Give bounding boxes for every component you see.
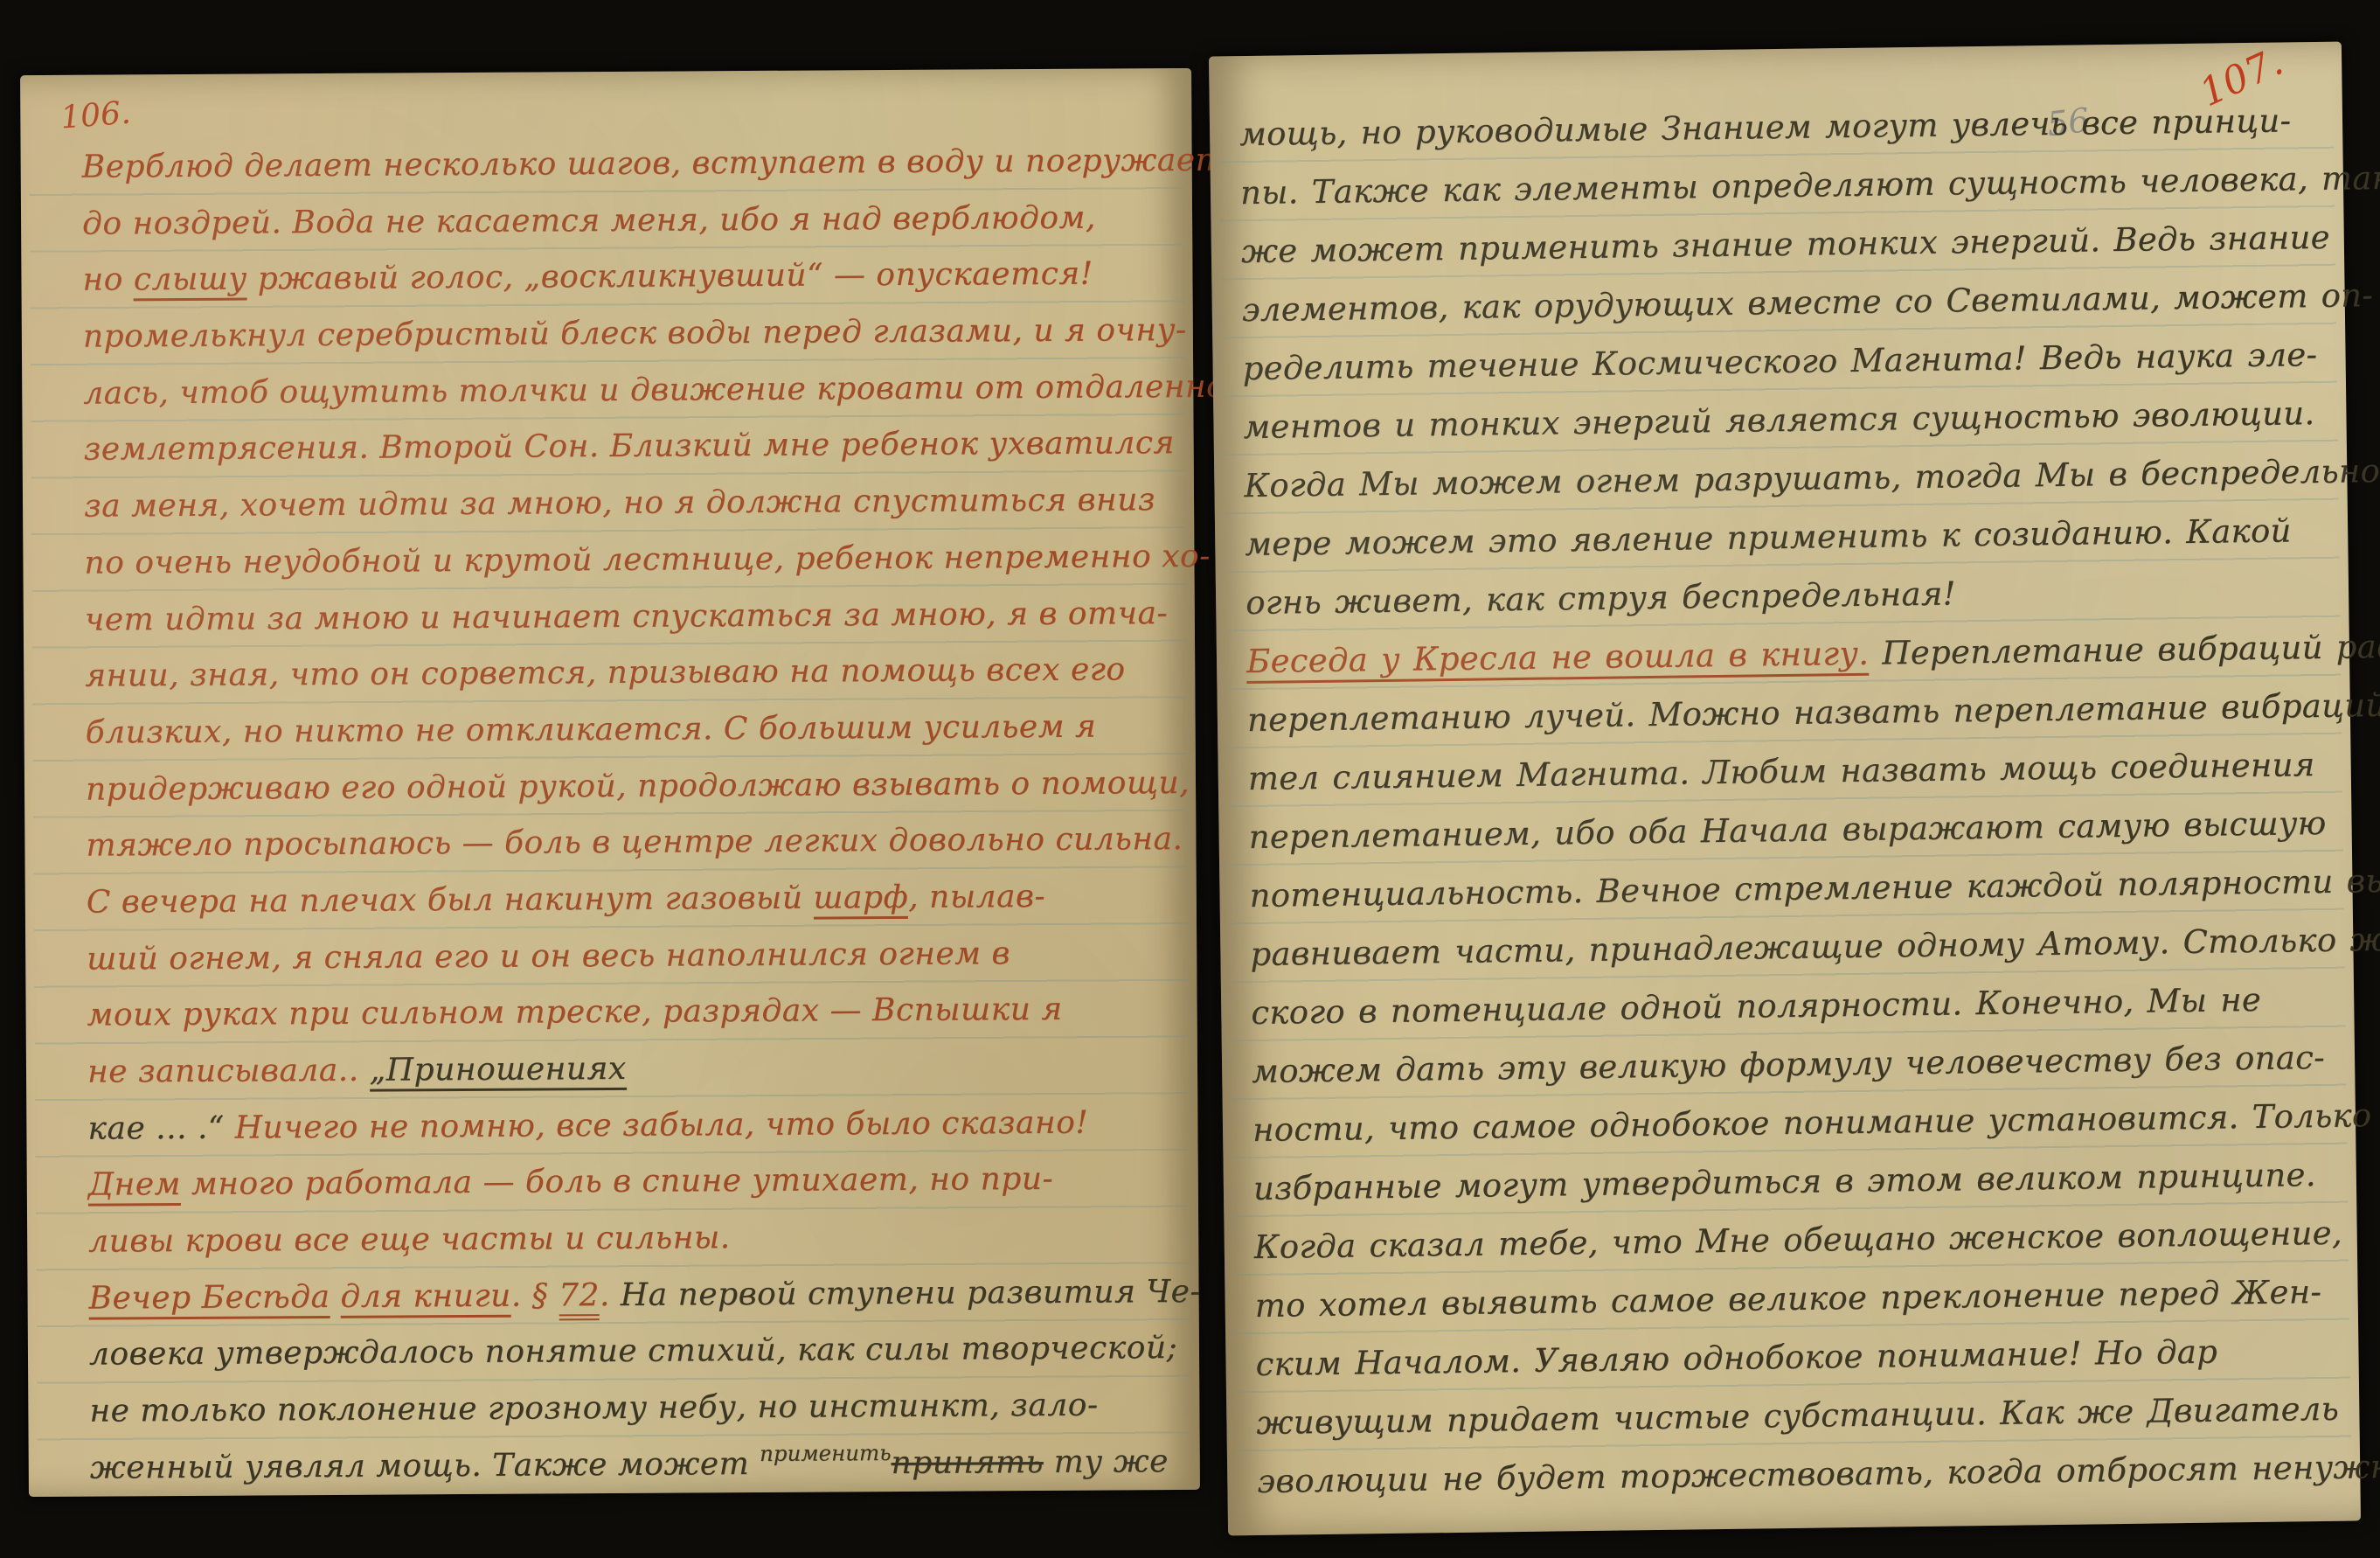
manuscript-line: женный уявлял мощь. Также может применит… <box>90 1434 1181 1497</box>
text-segment: же может применить знание тонких энергий… <box>1241 219 2330 270</box>
manuscript-line: тяжело просыпаюсь — боль в центре легких… <box>86 811 1176 874</box>
text-segment: тел слиянием Магнита. Любим назвать мощь… <box>1248 746 2315 797</box>
text-segment: принять <box>891 1444 1043 1481</box>
manuscript-line: лась, чтоб ощутить толчки и движение кро… <box>83 359 1174 422</box>
text-segment: не записывала.. <box>87 1053 370 1090</box>
manuscript-line: С вечера на плечах был накинут газовый ш… <box>87 868 1177 931</box>
page-number-left: 106. <box>59 95 132 136</box>
text-segment: за меня, хочет идти за мною, но я должна… <box>84 482 1155 524</box>
text-segment: применить <box>760 1440 892 1466</box>
text-segment: но <box>82 262 134 298</box>
text-segment: Верблюд делает несколько шагов, вступает… <box>82 142 1266 184</box>
text-segment: ший огнем, я сняла его и он весь наполни… <box>87 935 1010 977</box>
right-page: 107. 56 мощь, но руководимые Знанием мог… <box>1209 42 2361 1536</box>
text-segment: . <box>600 1277 621 1313</box>
manuscript-line: Верблюд делает несколько шагов, вступает… <box>81 133 1172 196</box>
text-segment: не только поклонение грозному небу, но и… <box>89 1388 1098 1429</box>
text-segment: равнивает части, принадлежащие одному Ат… <box>1250 920 2380 973</box>
manuscript-line: не только поклонение грозному небу, но и… <box>89 1377 1180 1440</box>
text-segment: потенциальность. Вечное стремление каждо… <box>1249 862 2380 915</box>
text-segment: живущим придает чистые субстанции. Как ж… <box>1256 1390 2339 1442</box>
manuscript-line: но слышу ржавый голос, „воскликнувший“ —… <box>82 246 1173 309</box>
text-segment: Когда сказал тебе, что Мне обещано женск… <box>1254 1214 2343 1266</box>
left-page-lines: Верблюд делает несколько шагов, вступает… <box>81 133 1180 1497</box>
text-segment: до ноздрей. Вода не касается меня, ибо я… <box>82 199 1096 241</box>
text-segment: мощь, но руководимые Знанием могут увлеч… <box>1239 101 2292 153</box>
text-segment: Вечер Бесѣда <box>88 1279 330 1320</box>
text-segment: переплетанием, ибо оба Начала выражают с… <box>1248 804 2326 856</box>
manuscript-line: Вечер Бесѣда для книги. § 72. На первой … <box>88 1264 1179 1327</box>
manuscript-line: за меня, хочет идти за мною, но я должна… <box>84 472 1175 535</box>
text-segment: ливы крови все еще часты и сильны. <box>88 1220 731 1259</box>
text-segment <box>330 1279 340 1315</box>
text-segment: С вечера на плечах был накинут газовый <box>87 880 814 921</box>
text-segment: промелькнул серебристый блеск воды перед… <box>83 312 1187 355</box>
scan-backdrop: 106. Верблюд делает несколько шагов, вст… <box>0 0 2380 1558</box>
text-segment: слышу <box>134 261 247 302</box>
text-segment: то хотел выявить самое великое преклонен… <box>1254 1273 2321 1325</box>
text-segment: для книги <box>340 1277 511 1318</box>
left-page: 106. Верблюд делает несколько шагов, вст… <box>20 68 1200 1497</box>
text-segment: женный уявлял мощь. Также может <box>90 1446 760 1486</box>
text-segment: ту же <box>1044 1443 1169 1480</box>
text-segment: ржавый голос, „воскликнувший“ — опускает… <box>247 256 1093 297</box>
text-segment: близких, но никто не откликается. С боль… <box>86 708 1097 750</box>
text-segment: можем дать эту великую формулу человечес… <box>1252 1039 2325 1090</box>
manuscript-line: Днем много работала — боль в спине утиха… <box>88 1151 1179 1214</box>
text-segment: янии, зная, что он сорвется, призываю на… <box>85 652 1126 694</box>
text-segment: Днем <box>88 1166 181 1207</box>
text-segment: ределить течение Космического Магнита! В… <box>1242 336 2317 387</box>
text-segment: ским Началом. Уявляю однобокое понимание… <box>1255 1333 2217 1383</box>
text-segment: ловека утверждалось понятие стихий, как … <box>89 1330 1177 1373</box>
text-segment: моих руках при сильном треске, разрядах … <box>87 991 1062 1033</box>
text-segment: переплетанию лучей. Можно назвать перепл… <box>1247 686 2380 739</box>
text-segment: мере можем это явление применить к созид… <box>1245 511 2292 563</box>
manuscript-line: до ноздрей. Вода не касается меня, ибо я… <box>82 190 1173 253</box>
text-segment: ментов и тонких энергий является сущност… <box>1243 394 2314 446</box>
text-segment: ности, что самое однобокое понимание уст… <box>1252 1096 2372 1149</box>
text-segment: Беседа у Кресла не вошла в книгу. <box>1246 635 1870 684</box>
manuscript-line: близких, но никто не откликается. С боль… <box>85 699 1176 762</box>
text-segment: Ничего не помню, все забыла, что было ск… <box>235 1104 1089 1145</box>
text-segment: по очень неудобной и крутой лестнице, ре… <box>84 539 1211 581</box>
text-segment: чет идти за мною и начинает спускаться з… <box>85 595 1169 638</box>
text-segment: На первой ступени развития Че- <box>621 1274 1202 1313</box>
text-segment: Переплетание вибраций равно <box>1869 627 2380 672</box>
text-segment: тяжело просыпаюсь — боль в центре легких… <box>86 821 1183 864</box>
text-segment: кае ... .“ <box>87 1109 235 1146</box>
text-segment: избранные могут утвердиться в этом велик… <box>1253 1156 2316 1207</box>
text-segment: шарф <box>813 880 908 920</box>
manuscript-line: ловека утверждалось понятие стихий, как … <box>89 1320 1180 1383</box>
manuscript-line: придерживаю его одной рукой, продолжаю в… <box>86 755 1176 818</box>
text-segment: 72 <box>559 1277 600 1320</box>
text-segment: пы. Также как элементы определяют сущнос… <box>1240 159 2380 212</box>
manuscript-line: моих руках при сильном треске, разрядах … <box>87 981 1177 1044</box>
manuscript-line: не записывала.. „Приношениях <box>87 1038 1178 1101</box>
manuscript-line: ший огнем, я сняла его и он весь наполни… <box>87 925 1177 988</box>
text-segment: Когда Мы можем огнем разрушать, тогда Мы… <box>1244 452 2380 504</box>
text-segment: ского в потенциале одной полярности. Кон… <box>1251 981 2261 1032</box>
text-segment: лась, чтоб ощутить толчки и движение кро… <box>83 368 1261 411</box>
text-segment: . § <box>511 1277 559 1313</box>
text-segment: элементов, как орудующих вместе со Свети… <box>1241 276 2373 329</box>
manuscript-line: землетрясения. Второй Сон. Близкий мне р… <box>83 415 1174 478</box>
manuscript-line: чет идти за мною и начинает спускаться з… <box>85 586 1176 649</box>
text-segment: землетрясения. Второй Сон. Близкий мне р… <box>84 425 1175 468</box>
manuscript-line: ливы крови все еще часты и сильны. <box>88 1207 1179 1270</box>
text-segment: эволюции не будет торжествовать, когда о… <box>1257 1447 2380 1500</box>
text-segment: „Приношениях <box>369 1051 626 1092</box>
manuscript-line: янии, зная, что он сорвется, призываю на… <box>85 642 1176 705</box>
text-segment: огнь живет, как струя беспредельная! <box>1246 574 1956 622</box>
text-segment: много работала — боль в спине утихает, н… <box>181 1161 1053 1202</box>
text-segment: придерживаю его одной рукой, продолжаю в… <box>86 765 1190 808</box>
manuscript-line: по очень неудобной и крутой лестнице, ре… <box>84 529 1175 592</box>
right-page-lines: мощь, но руководимые Знанием могут увлеч… <box>1239 91 2343 1511</box>
manuscript-line: промелькнул серебристый блеск воды перед… <box>83 303 1174 365</box>
text-segment: , пылав- <box>908 879 1045 915</box>
manuscript-line: кае ... .“ Ничего не помню, все забыла, … <box>87 1095 1178 1158</box>
